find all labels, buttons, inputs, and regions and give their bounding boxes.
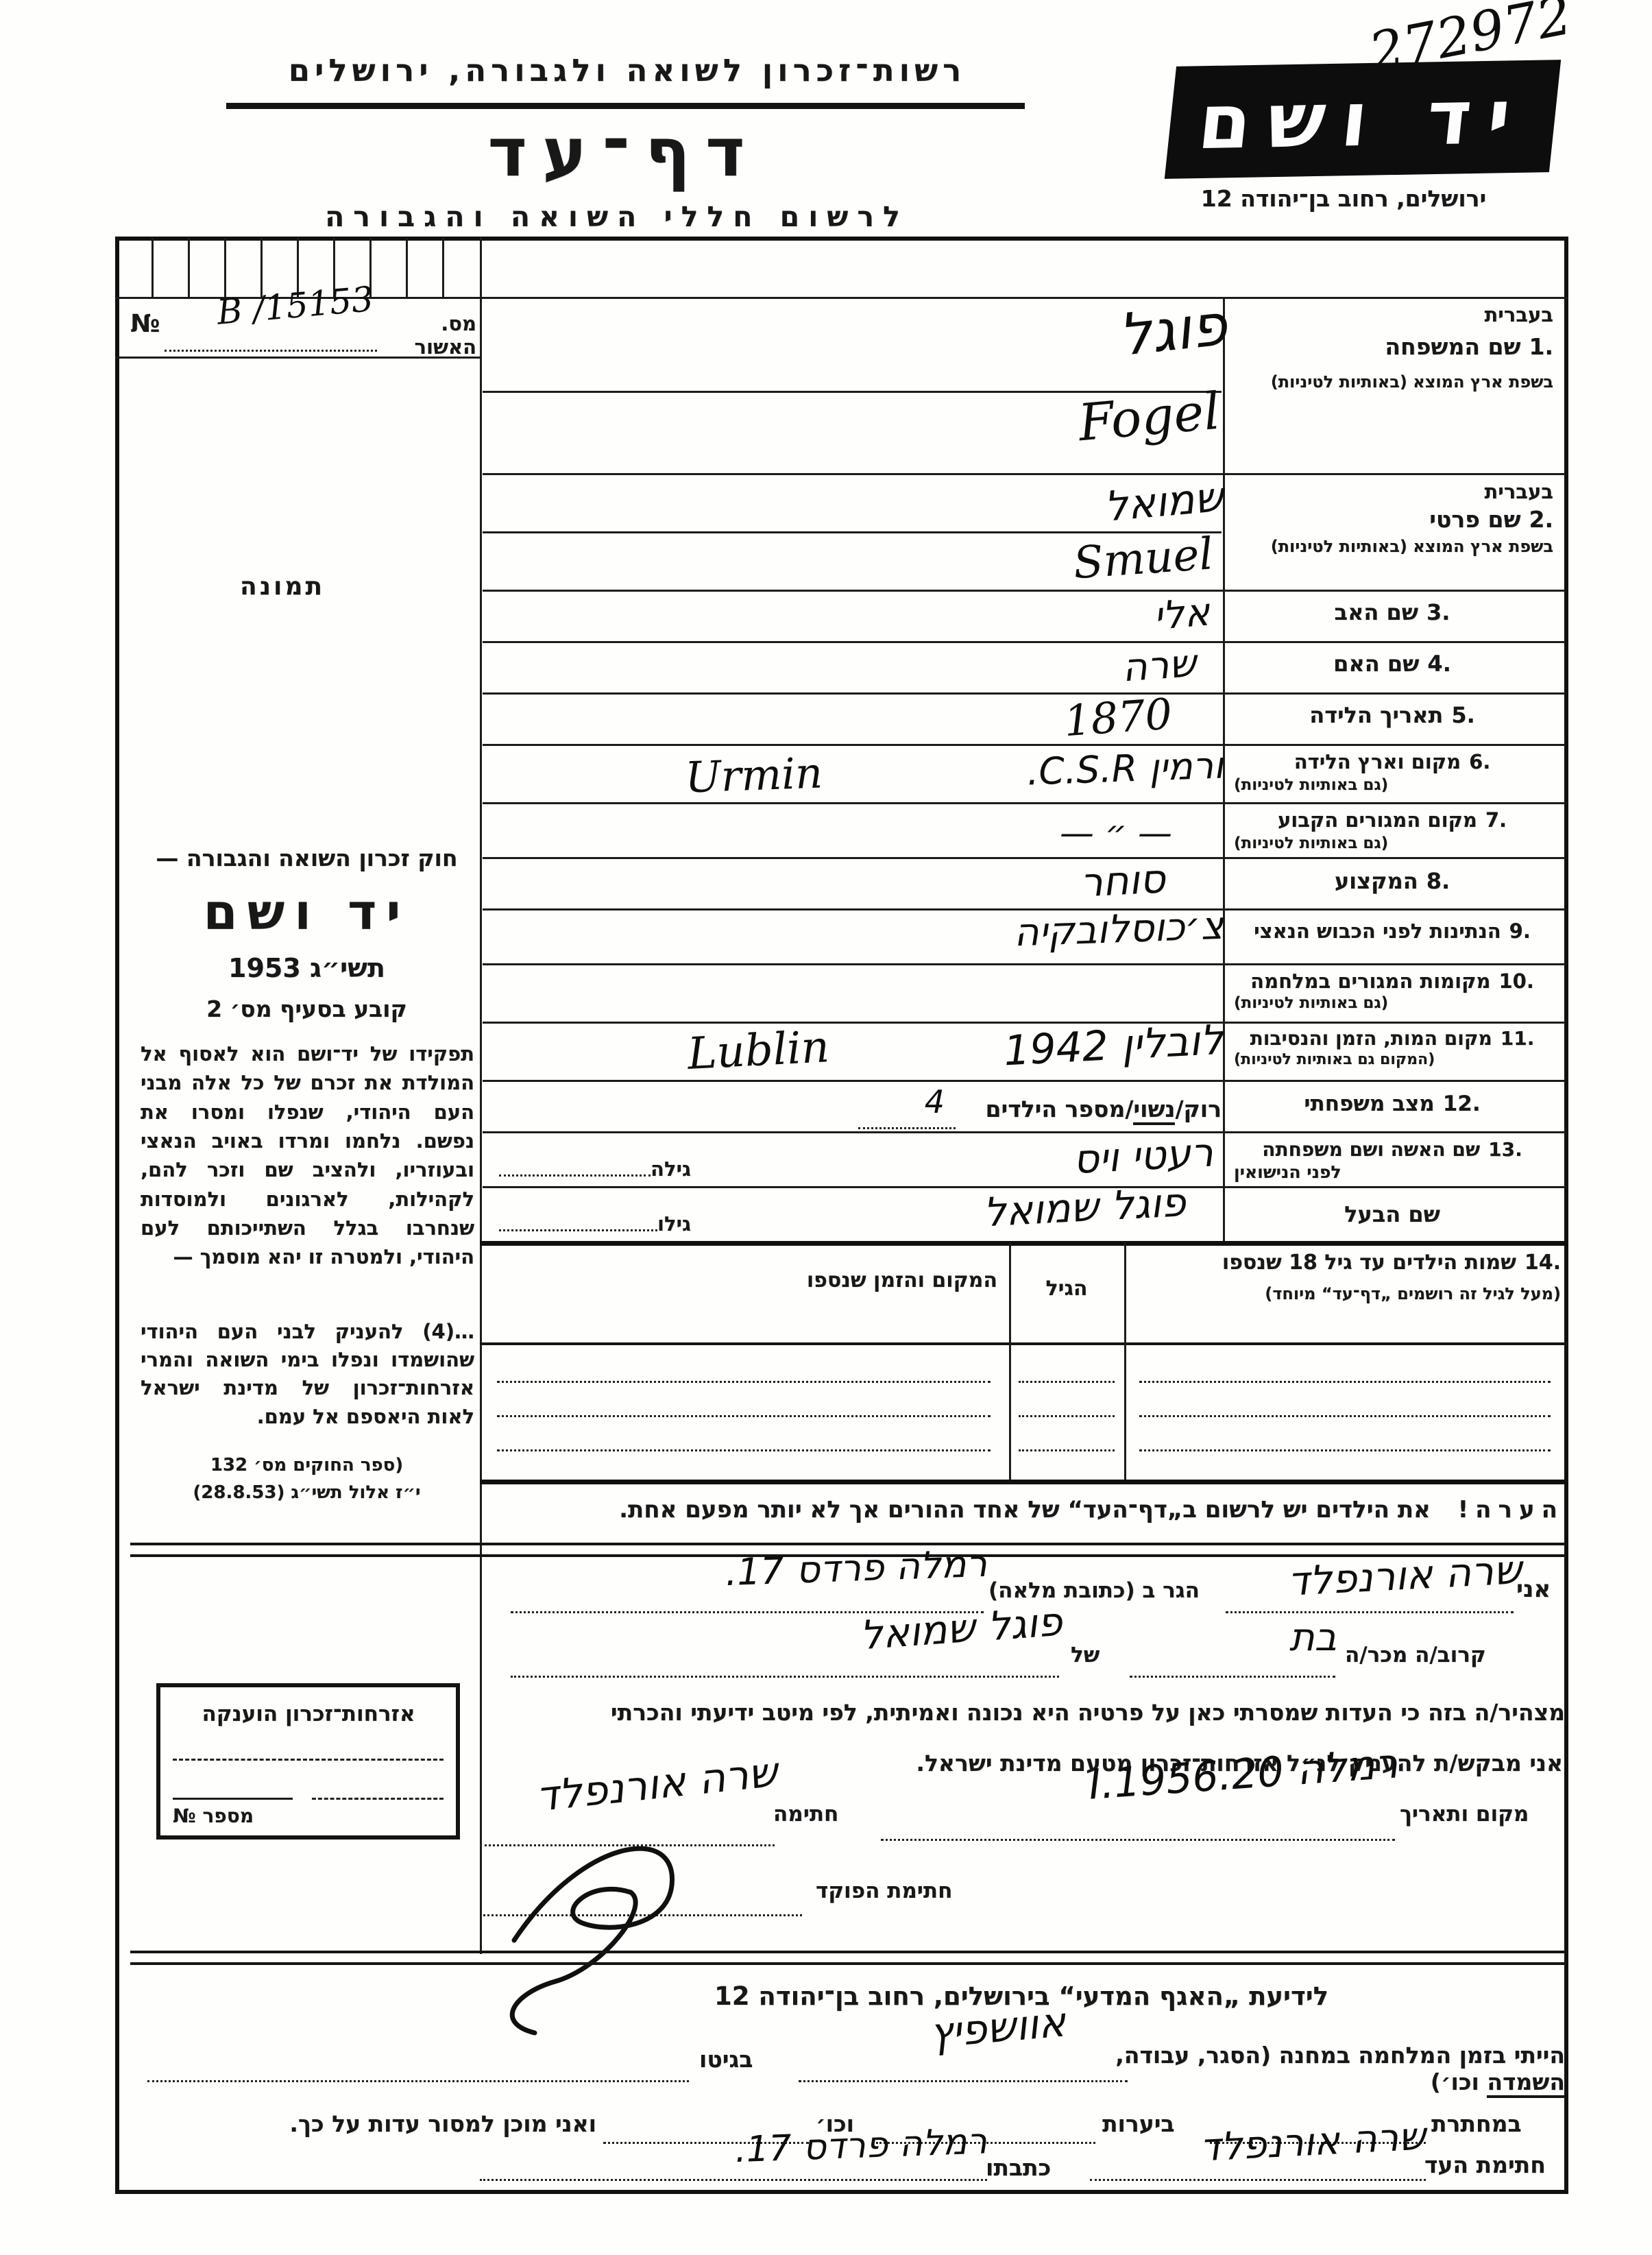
children-row-dotted <box>1019 1449 1115 1451</box>
field-label-13: 13. שם האשה ושם משפחתה לפני הנישואין <box>1227 1135 1564 1182</box>
field-3-label: שם האב <box>1335 599 1418 625</box>
citizenship-box-dashed-line <box>173 1759 444 1761</box>
field-11-sublabel: (המקום גם באותיות לטיניות) <box>1231 1051 1553 1068</box>
decl-dotted <box>1130 1676 1335 1678</box>
bottom-dotted <box>480 2179 987 2181</box>
underground-label: במחתרת <box>1431 2110 1522 2137</box>
field-13-number: 13. <box>1488 1138 1522 1161</box>
camp-post: וכו׳) <box>1431 2069 1479 2095</box>
logo-address: ירושלים, רחוב בן־יהודה 12 <box>1131 185 1556 212</box>
field-12-number: 12. <box>1443 1092 1481 1116</box>
wife-age-leader <box>499 1174 651 1177</box>
citizenship-box-line <box>173 1798 293 1800</box>
writing-line <box>483 963 1566 965</box>
decl-relation-value: בת <box>1227 1615 1337 1660</box>
field-1-number: 1. <box>1529 333 1554 360</box>
field-8-number: 8. <box>1426 868 1450 894</box>
field-label-husband: שם הבעל <box>1227 1198 1564 1227</box>
writing-line <box>483 857 1566 859</box>
children-table-bottom-rule <box>480 1480 1568 1484</box>
form-title: דף־עד <box>384 114 864 192</box>
citizenship-box-number-label: מספר № <box>173 1805 254 1827</box>
clerk-signature-label: חתימת הפוקד <box>816 1879 952 1903</box>
note-line: הערה! את הילדים יש לרשום ב„דף־העד“ של אח… <box>500 1496 1564 1523</box>
field-label-4: 4. שם האם <box>1227 648 1564 677</box>
marital-married: נשוי <box>1133 1096 1175 1125</box>
field-label-5: 5. תאריך הלידה <box>1227 699 1564 728</box>
husband-age-blank: גילו <box>492 1203 691 1235</box>
camp-extermination: השמדה <box>1487 2069 1565 2098</box>
children-place-column-header: המקום והזמן שנספו <box>644 1268 997 1292</box>
field-7-sublabel: (גם באותיות לטיניות) <box>1231 834 1553 852</box>
field-7-number: 7. <box>1485 808 1507 832</box>
children-row-dotted <box>1139 1415 1551 1417</box>
approval-dotted-line <box>165 350 377 352</box>
field-5-label: תאריך הלידה <box>1309 702 1443 728</box>
law-paragraph-2: …(4) להעניק לבני העם היהודי שהושמדו ונפל… <box>141 1318 474 1431</box>
approval-no-sign: № <box>130 310 160 338</box>
ready-to-testify: ואני מוכן למסור עדות על כך. <box>147 2110 596 2137</box>
writing-line <box>483 641 1566 643</box>
field-6-sublabel: (גם באותיות לטיניות) <box>1231 776 1553 794</box>
decl-place-date-label: מקום ותאריך <box>1400 1802 1529 1826</box>
org-title: רשות־זכרון לשואה ולגבורה, ירושלים <box>219 52 1035 88</box>
children-row-dotted <box>1019 1381 1115 1383</box>
entry-children-count: 4 <box>890 1083 945 1120</box>
field-label-8: 8. המקצוע <box>1227 865 1564 894</box>
decl-signature-label: חתימה <box>773 1802 838 1826</box>
decl-dotted <box>1226 1611 1514 1613</box>
field-1-label: שם המשפחה <box>1385 333 1520 360</box>
law-year: תשי״ג 1953 <box>141 953 473 983</box>
cell-divider <box>151 238 154 297</box>
decl-relation-label: קרוב/ה מכר/ה <box>1345 1643 1486 1667</box>
field-1-hebrew-tag: בעברית <box>1231 303 1553 326</box>
husband-age-label: גילו <box>657 1212 691 1235</box>
field-9-number: 9. <box>1509 919 1531 943</box>
field-label-12: 12. מצב משפחתי <box>1227 1089 1564 1116</box>
cell-divider <box>224 238 226 297</box>
photo-label: תמונה <box>240 572 325 601</box>
note-text: את הילדים יש לרשום ב„דף־העד“ של אחד ההור… <box>619 1496 1431 1523</box>
marital-status-options: רוק/נשוי/מספר הילדים <box>953 1096 1222 1122</box>
field-label-3: 3. שם האב <box>1227 596 1564 625</box>
field-5-number: 5. <box>1451 702 1474 728</box>
field-12-label: מצב משפחתי <box>1304 1092 1434 1116</box>
bottom-dotted <box>147 2080 689 2082</box>
field-10-sublabel: (גם באותיות לטיניות) <box>1231 994 1553 1012</box>
field-label-7: 7. מקום המגורים הקבוע (גם באותיות לטיניו… <box>1227 806 1564 852</box>
field-6-label: מקום וארץ הלידה <box>1294 750 1461 773</box>
approval-number-label: מס. האשור <box>374 312 476 359</box>
field-9-label: הנתינות לפני הכבוש הנאצי <box>1254 919 1501 943</box>
children-row-dotted <box>497 1415 991 1417</box>
yad-vashem-logo: יד ושם <box>1165 60 1561 179</box>
separator-rule <box>130 1543 1566 1545</box>
entry-profession: סוחר <box>986 855 1166 911</box>
field-2-number: 2. <box>1529 506 1554 533</box>
note-label: הערה! <box>1458 1496 1564 1523</box>
law-clause: קובע בסעיף מס׳ 2 <box>141 996 473 1022</box>
form-subtitle: לרשום חללי השואה והגבורה <box>308 200 925 233</box>
writing-line <box>483 1022 1566 1024</box>
law-source-1: (ספר החוקים מס׳ 132 <box>141 1455 473 1475</box>
separator-rule <box>130 1951 1566 1953</box>
children-age-column-header: הגיל <box>1013 1277 1120 1301</box>
children-table-header-rule <box>480 1342 1568 1345</box>
cell-divider <box>406 238 408 297</box>
field-label-2: בעברית 2. שם פרטי בשפת ארץ המוצא (באותיו… <box>1227 477 1564 587</box>
entry-mother-name: שרה <box>1058 641 1198 695</box>
husband-label: שם הבעל <box>1344 1201 1440 1227</box>
field-3-number: 3. <box>1426 599 1450 625</box>
org-title-rule <box>226 103 1025 109</box>
field-label-1: בעברית 1. שם המשפחה בשפת ארץ המוצא (באות… <box>1227 300 1564 470</box>
law-title: חוק זכרון השואה והגבורה — <box>141 845 473 871</box>
children-count-dotted <box>858 1127 956 1129</box>
marital-children-count: /מספר הילדים <box>986 1096 1134 1122</box>
cell-divider <box>442 238 444 297</box>
citizenship-box-dashed-line <box>312 1798 444 1800</box>
witness-address-label: כתבתו <box>986 2154 1051 2181</box>
children-name-col-divider <box>1124 1242 1126 1480</box>
bottom-dotted <box>799 2080 1128 2082</box>
camp-sentence: הייתי בזמן המלחמה במחנה (הסגר, עבודה, הש… <box>1066 2042 1565 2095</box>
marital-single: רוק/ <box>1175 1096 1222 1122</box>
writing-line <box>483 692 1566 695</box>
law-source-2: י״ז אלול תשי״ג (28.8.53) <box>141 1482 473 1503</box>
decl-dotted <box>881 1839 1395 1841</box>
children-age-col-divider <box>1009 1242 1011 1480</box>
witness-signature-label: חתימת העד <box>1424 2151 1546 2178</box>
field-6-number: 6. <box>1469 750 1490 773</box>
field-label-10: 10. מקומות המגורים במלחמה (גם באותיות לט… <box>1227 967 1564 1012</box>
field-label-6: 6. מקום וארץ הלידה (גם באותיות לטיניות) <box>1227 747 1564 794</box>
field-label-11: 11. מקום המות, הזמן והנסיבות (המקום גם ב… <box>1227 1024 1564 1068</box>
separator-rule <box>130 1962 1566 1965</box>
decl-residing-label: הגר ב (כתובת מלאה) <box>988 1578 1200 1603</box>
children-table-top-rule <box>480 1241 1568 1246</box>
field-13-sublabel: לפני הנישואין <box>1231 1162 1553 1182</box>
writing-line <box>483 473 1566 475</box>
children-field-number: 14. <box>1525 1251 1561 1275</box>
field-1-sublabel: בשפת ארץ המוצא (באותיות לטיניות) <box>1231 372 1553 391</box>
decl-of-label: של <box>1071 1643 1100 1667</box>
left-column-divider <box>480 237 482 1954</box>
decl-statement: מצהיר/ה בזה כי העדות שמסרתי כאן על פרטיה… <box>504 1699 1565 1726</box>
field-2-hebrew-tag: בעברית <box>1231 480 1553 503</box>
writing-line <box>483 1131 1566 1133</box>
wife-age-blank: גילה <box>492 1148 691 1181</box>
camp-pre: הייתי בזמן המלחמה במחנה (הסגר, עבודה, <box>1115 2042 1565 2069</box>
children-header-label: 14. שמות הילדים עד גיל 18 שנספו (מעל לגי… <box>1132 1251 1561 1303</box>
field-2-sublabel: בשפת ארץ המוצא (באותיות לטיניות) <box>1231 537 1553 556</box>
children-row-dotted <box>497 1381 991 1383</box>
field-11-number: 11. <box>1501 1027 1535 1050</box>
citizenship-no-sign: № <box>173 1805 196 1827</box>
field-13-label: שם האשה ושם משפחתה <box>1262 1138 1480 1161</box>
yad-vashem-logo-text: יד ושם <box>1194 73 1531 166</box>
citizenship-number-word: מספר <box>202 1805 254 1827</box>
cell-divider <box>188 238 190 297</box>
testimony-page: 272972 רשות־זכרון לשואה ולגבורה, ירושלים… <box>0 0 1652 2255</box>
citizenship-box-title: אזרחות־זכרון הוענקה <box>165 1702 452 1726</box>
law-name: יד ושם <box>141 883 473 941</box>
writing-line <box>483 531 1222 533</box>
field-10-label: מקומות המגורים במלחמה <box>1250 969 1490 993</box>
field-2-label: שם פרטי <box>1429 506 1520 533</box>
children-row-dotted <box>1139 1381 1551 1383</box>
entry-birth-date: 1870 <box>1020 688 1174 749</box>
children-field-sublabel: (מעל לגיל זה רושמים „דף־עד“ מיוחד) <box>1132 1284 1561 1303</box>
field-4-label: שם האם <box>1333 651 1419 677</box>
children-row-dotted <box>1139 1449 1551 1451</box>
bottom-dotted <box>1090 2179 1426 2181</box>
field-4-number: 4. <box>1427 651 1450 677</box>
wife-age-label: גילה <box>651 1157 691 1181</box>
entry-residence-ditto: — ״ — <box>987 813 1172 853</box>
field-8-label: המקצוע <box>1335 868 1418 894</box>
husband-age-leader <box>499 1229 657 1231</box>
entry-birth-place-latin: Urmin <box>527 748 823 808</box>
field-11-label: מקום המות, הזמן והנסיבות <box>1250 1027 1492 1050</box>
field-10-number: 10. <box>1498 969 1533 993</box>
children-row-dotted <box>497 1449 991 1451</box>
ghetto-label: בגיטו <box>699 2046 753 2073</box>
field-7-label: מקום המגורים הקבוע <box>1278 808 1477 832</box>
decl-dotted <box>511 1676 1059 1678</box>
field-label-9: 9. הנתינות לפני הכבוש הנאצי <box>1227 917 1564 943</box>
children-field-label: שמות הילדים עד גיל 18 שנספו <box>1222 1251 1516 1275</box>
law-paragraph-1: תפקידו של יד־ושם הוא לאסוף אל המולדת את … <box>141 1039 474 1272</box>
children-row-dotted <box>1019 1415 1115 1417</box>
